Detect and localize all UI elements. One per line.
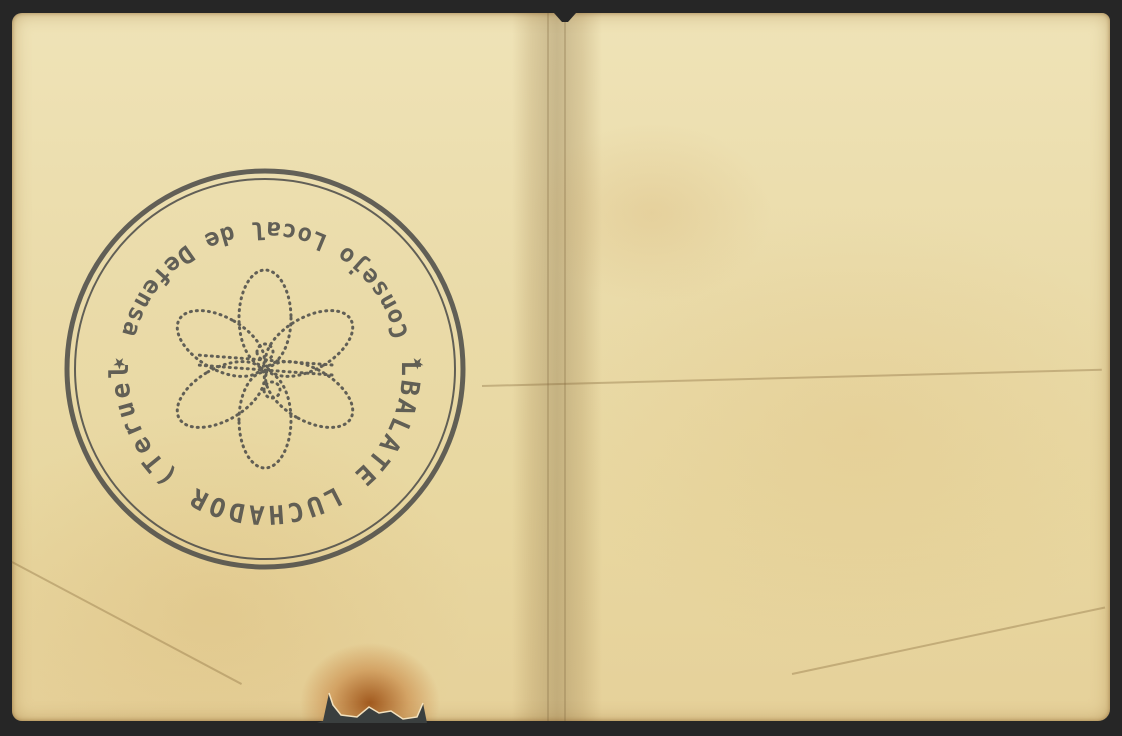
photo-frame: ALBALATE LUCHADOR (Teruel) Consejo Local…	[0, 0, 1122, 736]
torn-notch	[554, 13, 576, 23]
stamp-text-bottom: Consejo Local de Defensa	[116, 216, 414, 342]
dotted-flower-icon	[166, 270, 363, 468]
vertical-fold	[564, 13, 566, 721]
horizontal-crease	[482, 369, 1102, 387]
star-icon: ★	[411, 352, 424, 377]
stamp-text-top: ALBALATE LUCHADOR (Teruel)	[105, 360, 472, 580]
diagonal-crease	[792, 606, 1105, 674]
star-icon: ★	[113, 352, 126, 377]
circular-stamp: ALBALATE LUCHADOR (Teruel) Consejo Local…	[58, 158, 472, 580]
burn-damage	[317, 683, 427, 723]
vertical-fold	[547, 13, 549, 721]
